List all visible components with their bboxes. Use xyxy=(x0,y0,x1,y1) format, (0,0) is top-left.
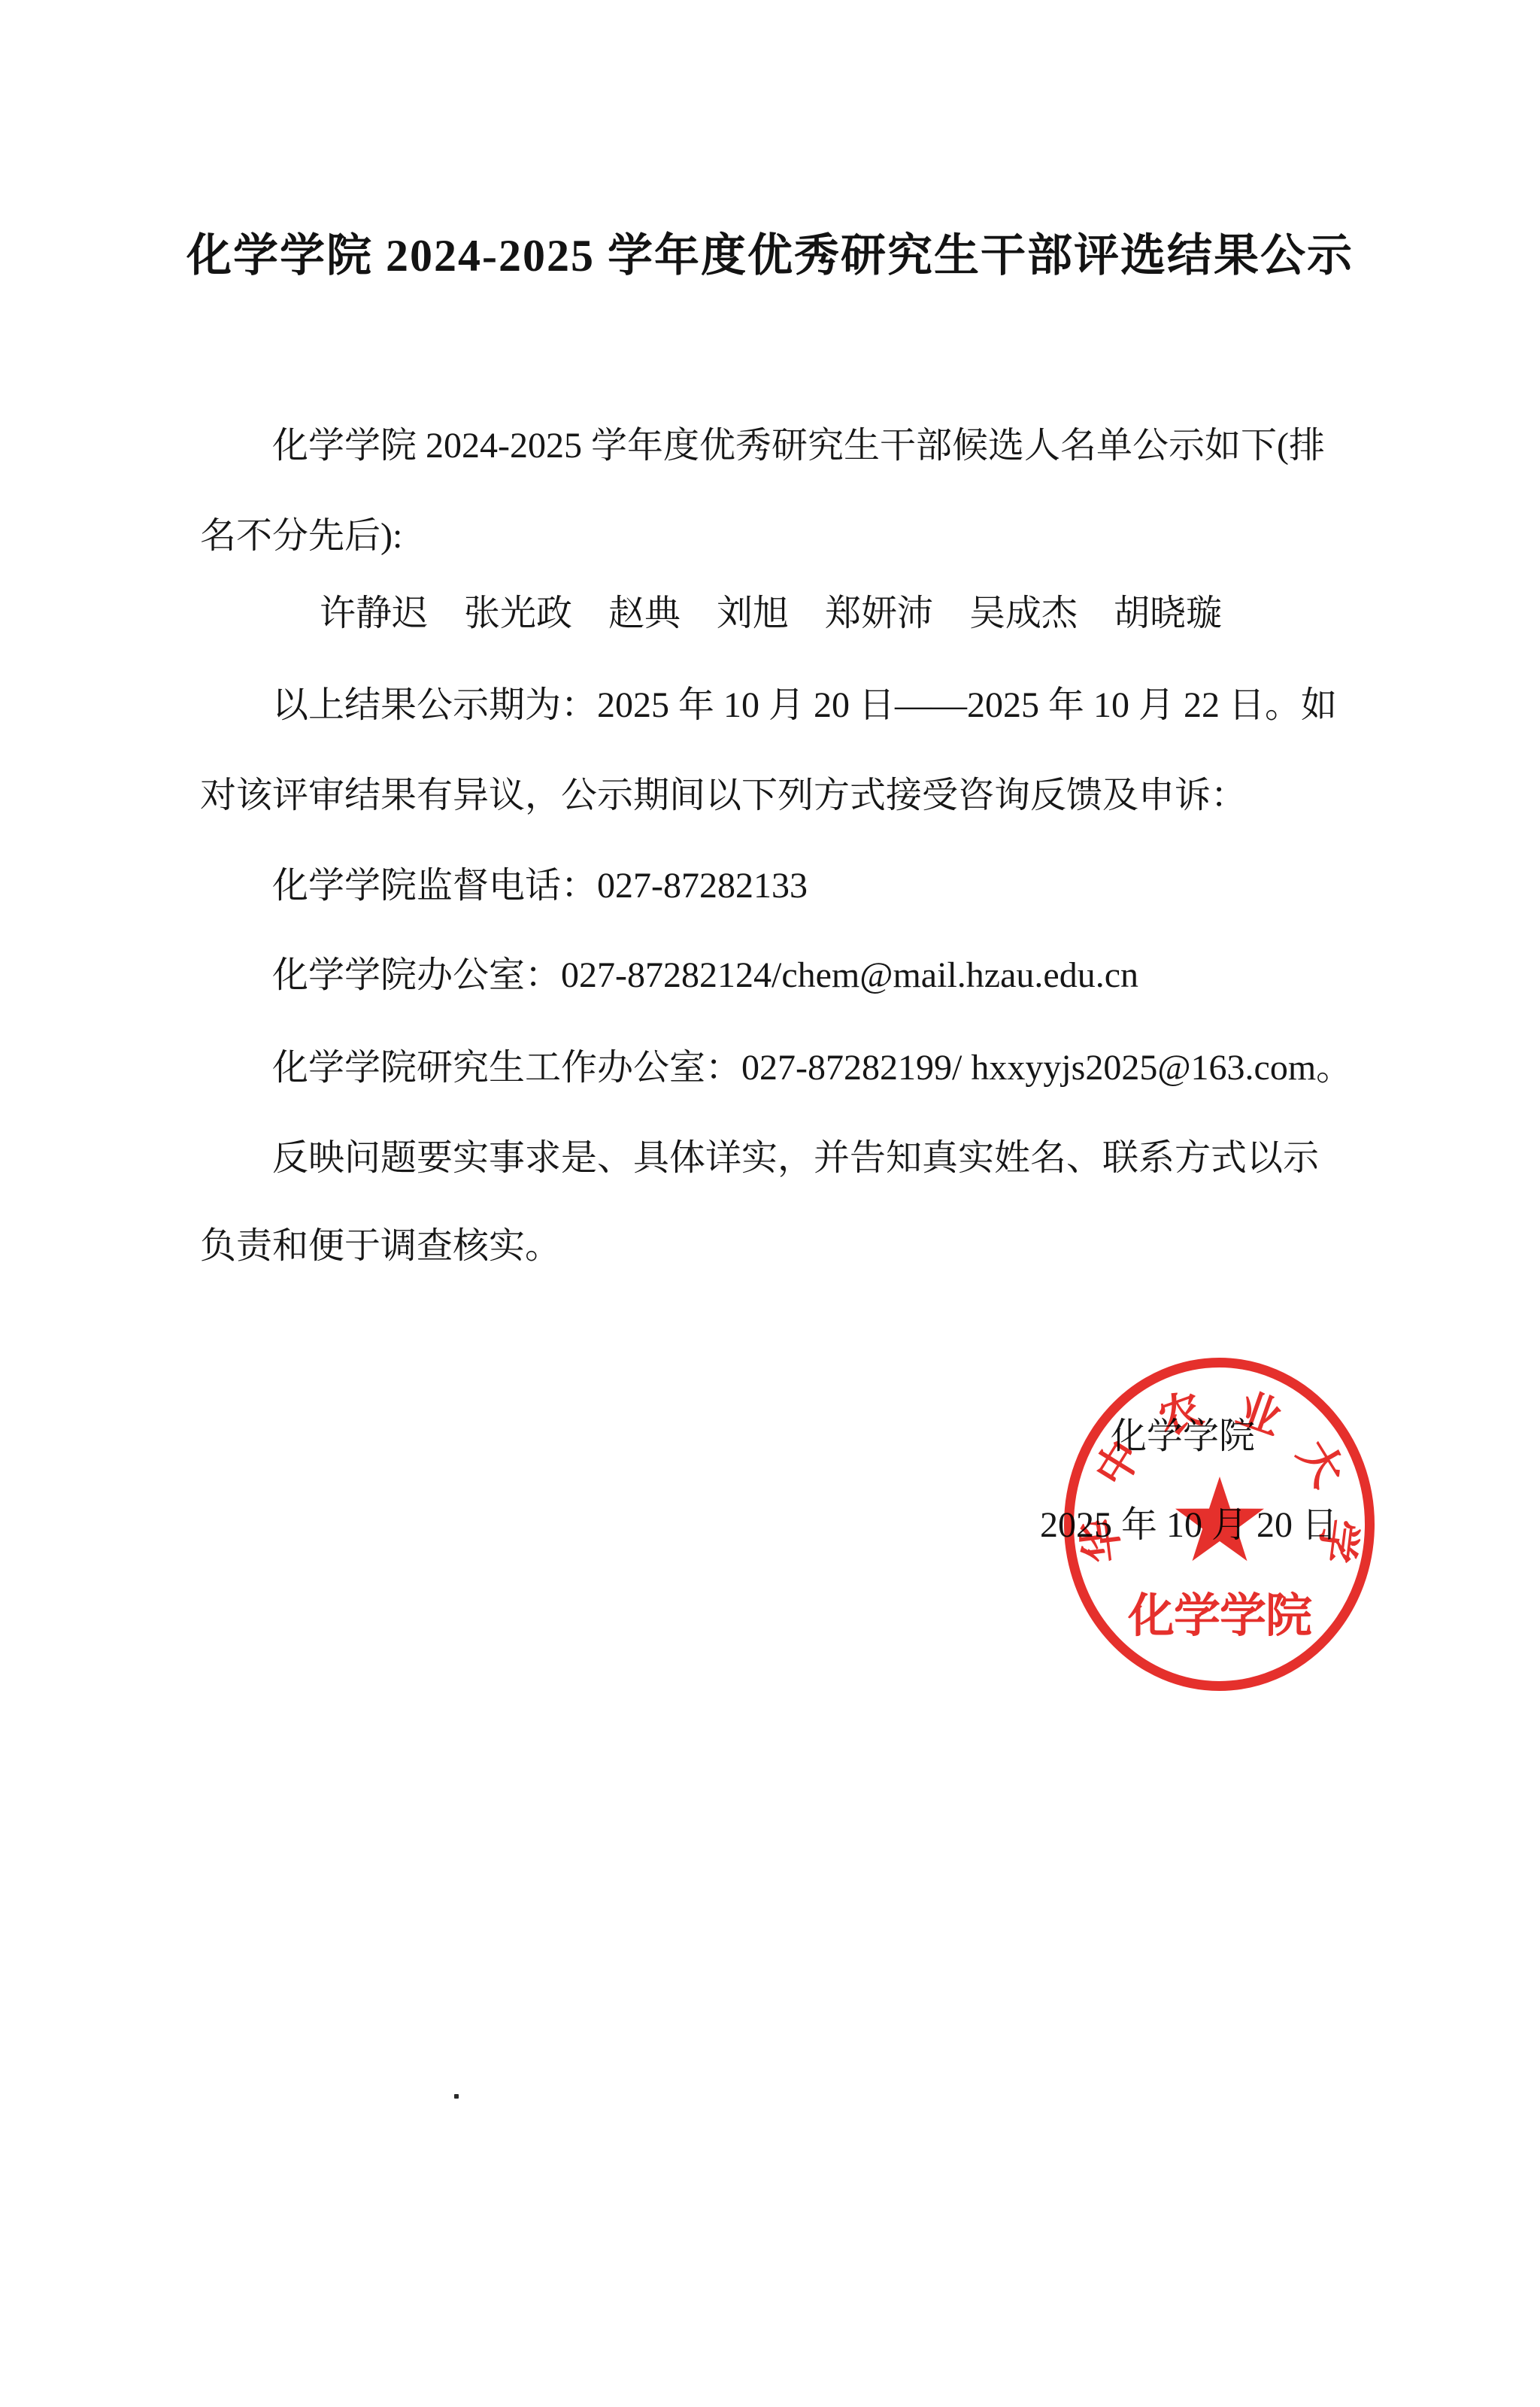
office-contact-line: 化学学院办公室：027-87282124/chem@mail.hzau.edu.… xyxy=(272,953,1138,998)
body-line: 负责和便于调查核实。 xyxy=(200,1224,561,1269)
body-line: 化学学院 2024-2025 学年度优秀研究生干部候选人名单公示如下(排 xyxy=(272,423,1325,469)
document-title: 化学学院 2024-2025 学年度优秀研究生干部评选结果公示 xyxy=(0,220,1540,284)
supervision-phone-line: 化学学院监督电话：027-87282133 xyxy=(272,864,808,909)
signature-date: 2025 年 10 月 20 日 xyxy=(1040,1495,1338,1547)
body-line: 对该评审结果有异议，公示期间以下列方式接受咨询反馈及申诉： xyxy=(200,773,1247,818)
signature-department: 化学学院 xyxy=(1111,1407,1255,1458)
body-line: 以上结果公示期为：2025 年 10 月 20 日——2025 年 10 月 2… xyxy=(272,683,1337,728)
body-line: 反映问题要实事求是、具体详实，并告知真实姓名、联系方式以示 xyxy=(272,1136,1319,1181)
document-page: 化学学院 2024-2025 学年度优秀研究生干部评选结果公示 化学学院 202… xyxy=(0,0,1540,2407)
candidate-names-line: 许静迟 张光政 赵典 刘旭 郑妍沛 吴成杰 胡晓璇 xyxy=(320,591,1222,636)
scan-artifact-dot xyxy=(454,2094,459,2099)
body-line: 名不分先后): xyxy=(200,514,402,559)
seal-department-text: 化学学院 xyxy=(1127,1590,1312,1642)
graduate-office-contact-line: 化学学院研究生工作办公室：027-87282199/ hxxyyjs2025@1… xyxy=(272,1046,1352,1091)
